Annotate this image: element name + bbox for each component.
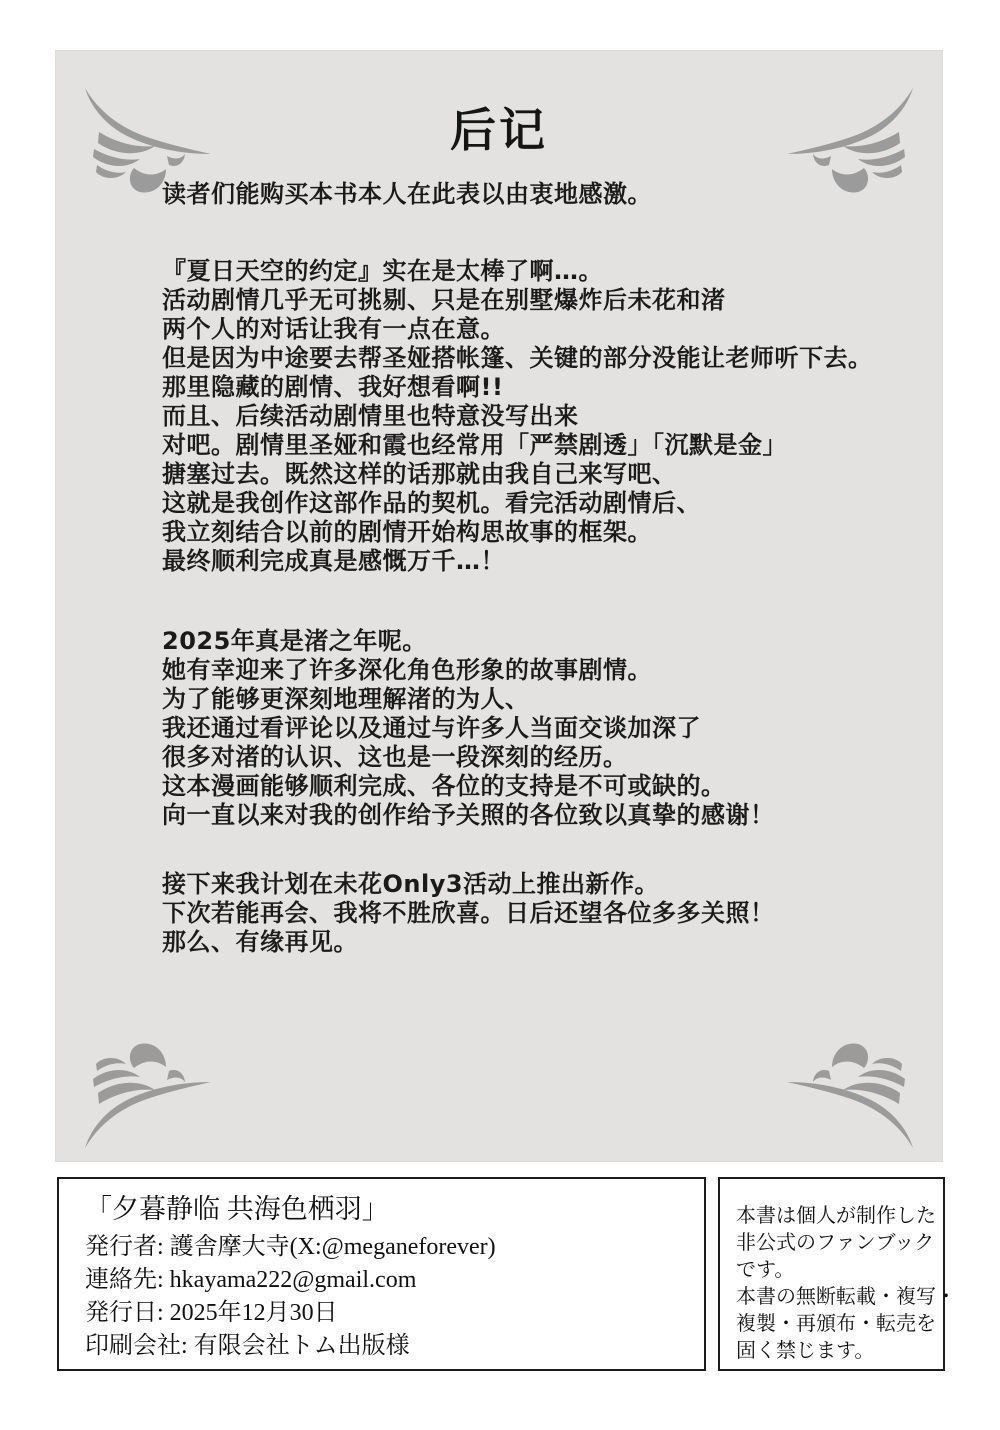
text-line: 那么、有缘再见。 bbox=[162, 928, 902, 957]
wing-ornament-icon bbox=[71, 1036, 219, 1150]
text-line: 固く禁じます。 bbox=[736, 1338, 935, 1365]
text-line: 那里隐藏的剧情、我好想看啊!! bbox=[162, 373, 902, 402]
text-line: 我立刻结合以前的剧情开始构思故事的框架。 bbox=[162, 518, 902, 547]
text-line: 本書は個人が制作した bbox=[736, 1203, 935, 1230]
text-line: 搪塞过去。既然这样的话那就由我自己来写吧、 bbox=[162, 460, 902, 489]
book-title: 「夕暮静临 共海色栖羽」 bbox=[85, 1191, 684, 1227]
paragraph-event-story: 『夏日天空的约定』实在是太棒了啊…。活动剧情几乎无可挑剔、只是在别墅爆炸后未花和… bbox=[162, 257, 902, 576]
text-line: 発行日: 2025年12月30日 bbox=[85, 1297, 684, 1330]
text-line: 我还通过看评论以及通过与许多人当面交谈加深了 bbox=[162, 714, 902, 743]
text-line: 最终顺利完成真是感慨万千…！ bbox=[162, 547, 902, 576]
paragraph-thanks: 读者们能购买本书本人在此表以由衷地感激。 bbox=[162, 180, 902, 209]
colophon-box: 「夕暮静临 共海色栖羽」 発行者: 護舎摩大寺(X:@meganeforever… bbox=[57, 1177, 706, 1371]
text-line: 発行者: 護舎摩大寺(X:@meganeforever) bbox=[85, 1231, 684, 1264]
disclaimer-box: 本書は個人が制作した非公式のファンブックです。本書の無断転載・複写・複製・再頒布… bbox=[718, 1177, 945, 1371]
text-line: 两个人的对话让我有一点在意。 bbox=[162, 315, 902, 344]
text-line: 下次若能再会、我将不胜欣喜。日后还望各位多多关照！ bbox=[162, 899, 902, 928]
text-line: 她有幸迎来了许多深化角色形象的故事剧情。 bbox=[162, 656, 902, 685]
text-line: 2025年真是渚之年呢。 bbox=[162, 627, 902, 656]
text-line: 很多对渚的认识、这也是一段深刻的经历。 bbox=[162, 743, 902, 772]
text-line: 接下来我计划在未花Only3活动上推出新作。 bbox=[162, 870, 902, 899]
text-line: 本書の無断転載・複写・ bbox=[736, 1284, 935, 1311]
afterword-body: 读者们能购买本书本人在此表以由衷地感激。 『夏日天空的约定』实在是太棒了啊…。活… bbox=[162, 180, 902, 957]
text-line: 非公式のファンブック bbox=[736, 1230, 935, 1257]
page-title: 后记 bbox=[55, 94, 943, 160]
text-line: 向一直以来对我的创作给予关照的各位致以真挚的感谢！ bbox=[162, 801, 902, 830]
disclaimer-text: 本書は個人が制作した非公式のファンブックです。本書の無断転載・複写・複製・再頒布… bbox=[736, 1203, 935, 1365]
text-line: 活动剧情几乎无可挑剔、只是在别墅爆炸后未花和渚 bbox=[162, 286, 902, 315]
text-line: 为了能够更深刻地理解渚的为人、 bbox=[162, 685, 902, 714]
afterword-panel: 后记 读者们能购买本书本人在此表以由衷地感激。 『夏日天空的约定』实在是太棒了啊… bbox=[55, 50, 943, 1162]
text-line: 印刷会社: 有限会社トム出版様 bbox=[85, 1330, 684, 1363]
text-line: 这本漫画能够顺利完成、各位的支持是不可或缺的。 bbox=[162, 772, 902, 801]
text-line: です。 bbox=[736, 1257, 935, 1284]
text-line: 複製・再頒布・転売を bbox=[736, 1311, 935, 1338]
scanned-page: 后记 读者们能购买本书本人在此表以由衷地感激。 『夏日天空的约定』实在是太棒了啊… bbox=[0, 0, 1000, 1430]
text-line: 但是因为中途要去帮圣娅搭帐篷、关键的部分没能让老师听下去。 bbox=[162, 344, 902, 373]
text-line: 这就是我创作这部作品的契机。看完活动剧情后、 bbox=[162, 489, 902, 518]
text-line: 对吧。剧情里圣娅和霞也经常用「严禁剧透」「沉默是金」 bbox=[162, 431, 902, 460]
text-line: 而且、后续活动剧情里也特意没写出来 bbox=[162, 402, 902, 431]
paragraph-next-plans: 接下来我计划在未花Only3活动上推出新作。下次若能再会、我将不胜欣喜。日后还望… bbox=[162, 870, 902, 957]
text-line: 『夏日天空的约定』实在是太棒了啊…。 bbox=[162, 257, 902, 286]
paragraph-year-of-nagisa: 2025年真是渚之年呢。她有幸迎来了许多深化角色形象的故事剧情。为了能够更深刻地… bbox=[162, 627, 902, 830]
wing-ornament-icon bbox=[779, 1036, 927, 1150]
text-line: 連絡先: hkayama222@gmail.com bbox=[85, 1264, 684, 1297]
colophon-details: 発行者: 護舎摩大寺(X:@meganeforever)連絡先: hkayama… bbox=[85, 1231, 684, 1363]
text-line: 读者们能购买本书本人在此表以由衷地感激。 bbox=[162, 180, 902, 209]
